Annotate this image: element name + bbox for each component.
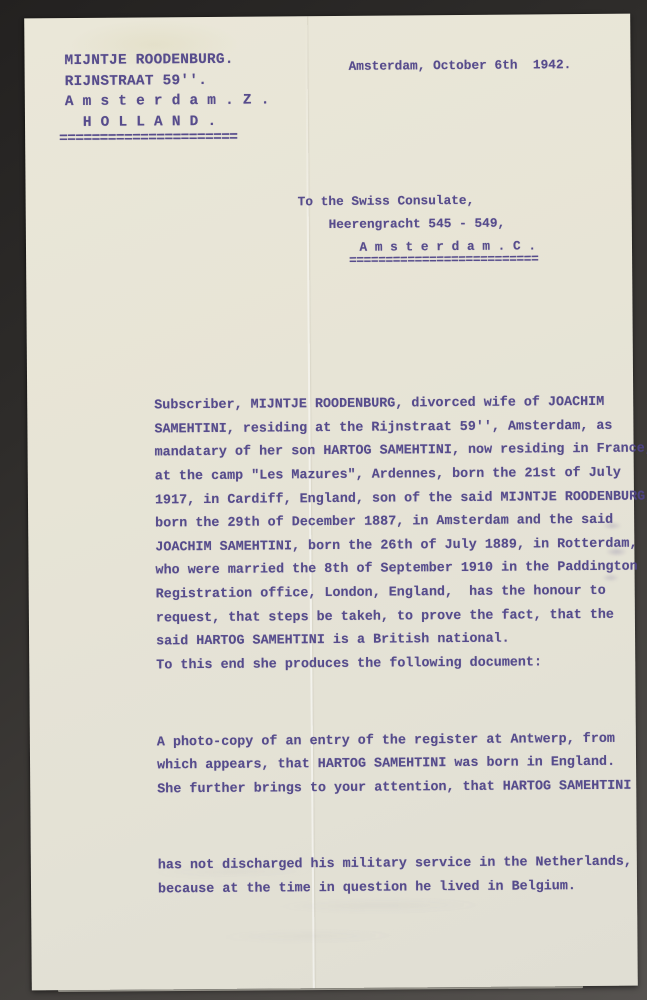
letter-body: Subscriber, MIJNTJE ROODENBURG, divorced… [154, 343, 647, 949]
sender-address-divider: ====================== [59, 130, 237, 147]
recipient-address-divider: ========================== [298, 251, 538, 268]
body-paragraph-3: has not discharged his military service … [158, 851, 647, 902]
sender-address-block: MIJNTJE ROODENBURG. RIJNSTRAAT 59''. A m… [64, 49, 269, 133]
photo-background: MIJNTJE ROODENBURG. RIJNSTRAAT 59''. A m… [0, 0, 647, 1000]
body-paragraph-1: Subscriber, MIJNTJE ROODENBURG, divorced… [154, 391, 647, 678]
recipient-address-block: To the Swiss Consulate, Heerengracht 545… [298, 188, 537, 259]
letter-page: MIJNTJE ROODENBURG. RIJNSTRAAT 59''. A m… [24, 14, 638, 991]
date-line: Amsterdam, October 6th 1942. [349, 57, 572, 74]
body-paragraph-2: A photo-copy of an entry of the register… [157, 727, 647, 802]
